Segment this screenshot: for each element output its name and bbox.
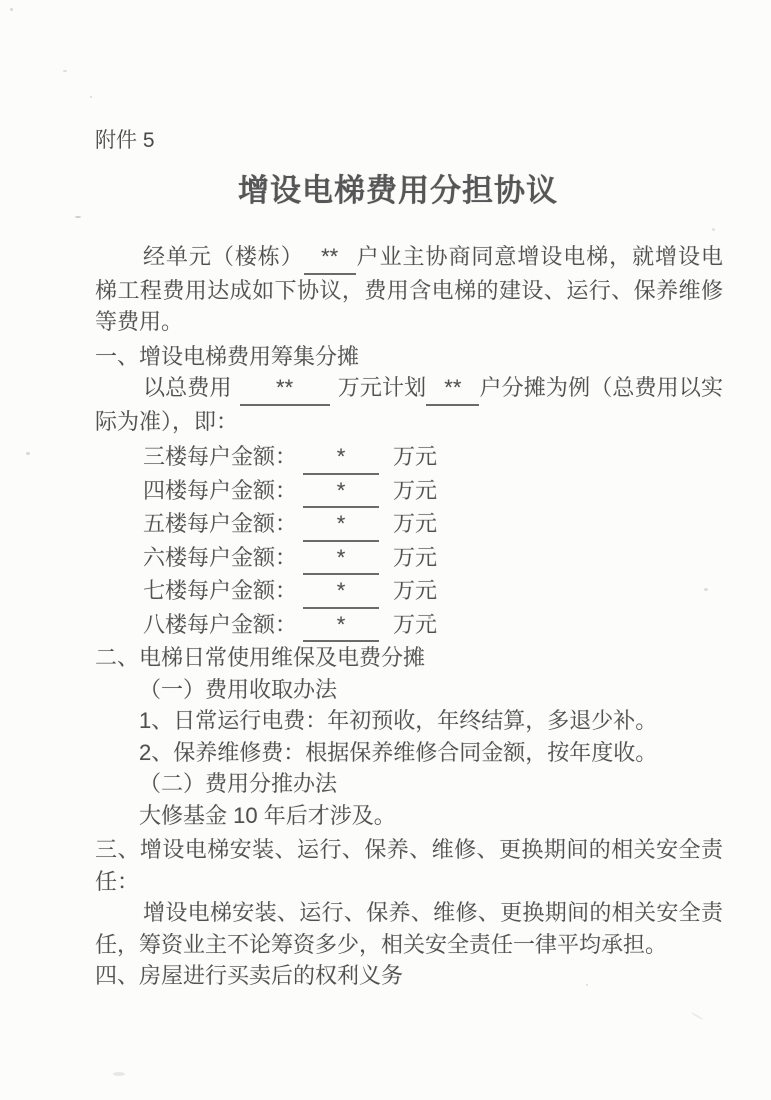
intro-prefix: 经单元（楼栋） [143, 244, 304, 269]
intro-paragraph: 经单元（楼栋）**户业主协商同意增设电梯，就增设电梯工程费用达成如下协议，费用含… [95, 241, 723, 338]
fee-label: 七楼每户金额： [143, 578, 297, 603]
section2-sub1: （一）费用收取办法 [139, 674, 723, 706]
section2-item2: 2、保养维修费：根据保养维修合同金额，按年度收。 [139, 737, 723, 769]
fee-unit: 万元 [393, 545, 437, 570]
fee-blank-field: * [303, 508, 379, 542]
households-blank-field: ** [426, 372, 479, 406]
fee-row-floor8: 八楼每户金额：*万元 [143, 609, 723, 643]
fee-row-floor7: 七楼每户金额：*万元 [143, 575, 723, 609]
fee-unit: 万元 [393, 511, 437, 536]
section2-note: 大修基金 10 年后才涉及。 [139, 800, 723, 832]
fee-unit: 万元 [393, 612, 437, 637]
fee-unit: 万元 [393, 578, 437, 603]
fee-label: 四楼每户金额： [143, 478, 297, 503]
section2-sub2: （二）费用分推办法 [139, 768, 723, 800]
fee-unit: 万元 [393, 444, 437, 469]
example-part1: 以总费用 [143, 375, 232, 400]
scanned-document-page: 附件 5 增设电梯费用分担协议 经单元（楼栋）**户业主协商同意增设电梯，就增设… [0, 0, 771, 1100]
fee-row-floor4: 四楼每户金额：*万元 [143, 475, 723, 509]
document-title: 增设电梯费用分担协议 [95, 171, 701, 211]
example-part2: 万元计划 [338, 375, 427, 400]
fee-blank-field: * [303, 441, 379, 475]
fee-label: 六楼每户金额： [143, 545, 297, 570]
document-content: 附件 5 增设电梯费用分担协议 经单元（楼栋）**户业主协商同意增设电梯，就增设… [95, 128, 723, 992]
section2-heading: 二、电梯日常使用维保及电费分摊 [95, 642, 723, 674]
scan-speck [26, 452, 30, 455]
scan-speck [586, 984, 588, 986]
intro-blank-field: ** [304, 241, 356, 275]
scan-speck [712, 228, 715, 231]
fee-label: 八楼每户金额： [143, 612, 297, 637]
floor-fee-list: 三楼每户金额：*万元 四楼每户金额：*万元 五楼每户金额：*万元 六楼每户金额：… [143, 441, 723, 642]
scan-speck [690, 1012, 703, 1021]
scan-speck [75, 216, 81, 218]
scan-speck [10, 8, 13, 11]
fee-row-floor3: 三楼每户金额：*万元 [143, 441, 723, 475]
scan-speck [704, 588, 708, 591]
scan-speck [113, 1072, 125, 1076]
document-body: 经单元（楼栋）**户业主协商同意增设电梯，就增设电梯工程费用达成如下协议，费用含… [95, 241, 723, 992]
scan-speck [63, 70, 67, 72]
section1-heading: 一、增设电梯费用筹集分摊 [95, 341, 723, 373]
scan-speck [428, 616, 431, 619]
section2-item1: 1、日常运行电费：年初预收，年终结算，多退少补。 [139, 705, 723, 737]
fee-row-floor6: 六楼每户金额：*万元 [143, 542, 723, 576]
fee-blank-field: * [303, 609, 379, 643]
fee-row-floor5: 五楼每户金额：*万元 [143, 508, 723, 542]
section3-heading: 三、增设电梯安装、运行、保养、维修、更换期间的相关安全责任： [95, 834, 723, 897]
attachment-label: 附件 5 [95, 128, 723, 154]
fee-blank-field: * [303, 475, 379, 509]
fee-blank-field: * [303, 542, 379, 576]
fee-label: 五楼每户金额： [143, 511, 297, 536]
total-cost-blank-field: ** [240, 372, 330, 406]
fee-label: 三楼每户金额： [143, 444, 297, 469]
scan-speck [90, 96, 92, 98]
section3-body: 增设电梯安装、运行、保养、维修、更换期间的相关安全责任，筹资业主不论筹资多少，相… [95, 897, 723, 960]
fee-unit: 万元 [393, 478, 437, 503]
section1-example-line: 以总费用**万元计划**户分摊为例（总费用以实际为准），即： [95, 372, 723, 437]
fee-blank-field: * [303, 575, 379, 609]
section4-heading: 四、房屋进行买卖后的权利义务 [95, 960, 723, 992]
scan-speck [354, 968, 357, 971]
